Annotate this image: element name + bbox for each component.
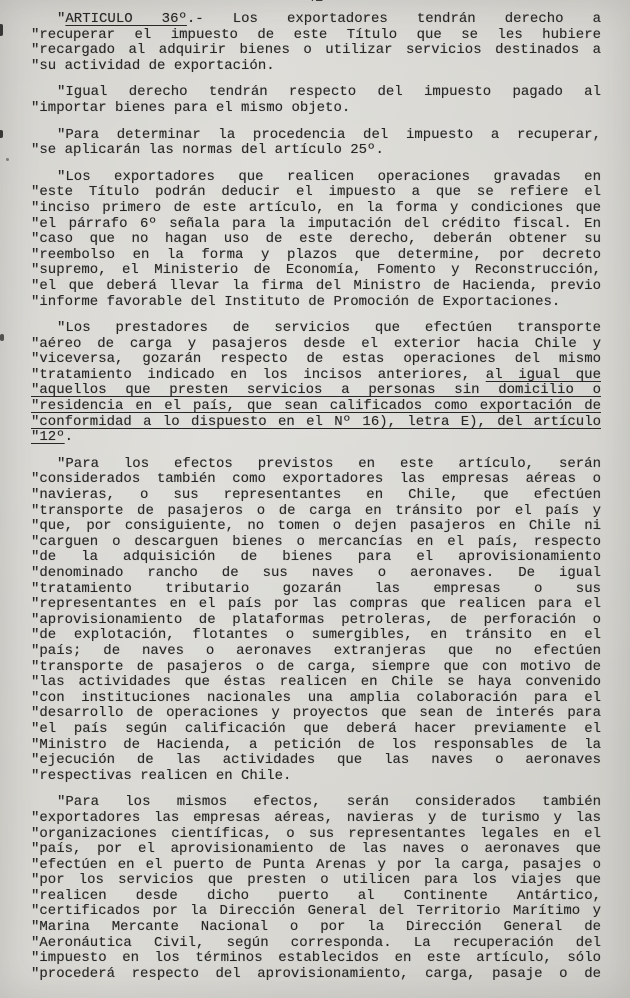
text-line: "viceversa, gozarán respecto de estas op… <box>31 352 601 368</box>
text-line: "Los exportadores que realicen operacion… <box>31 170 601 186</box>
text-segment: "Para determinar la procedencia del impu… <box>57 128 601 143</box>
text-segment: "que, por consiguiente, no tomen o dejen… <box>31 519 601 534</box>
text-segment: "su actividad de exportación. <box>31 59 275 74</box>
text-segment: "recargado al adquirir bienes o utilizar… <box>31 43 601 58</box>
text-segment: "viceversa, gozarán respecto de estas op… <box>31 352 601 367</box>
scanned-page: 42 "ARTICULO 36º.- Los exportadores tend… <box>0 0 630 998</box>
text-segment: "tratamiento tributario gozarán las empr… <box>31 582 601 597</box>
text-line: "exportadores las empresas aéreas, navie… <box>31 811 601 827</box>
text-segment: "tratamiento indicado en los incisos ant… <box>31 368 486 383</box>
text-segment: "importar bienes para el mismo objeto. <box>31 101 350 116</box>
page-number: 42 <box>0 0 630 6</box>
text-line: "el país según calificación que deberá h… <box>31 722 601 738</box>
text-segment: "país; de naves o aeronaves extranjeras … <box>31 644 601 659</box>
text-line: "impuesto en los términos establecidos e… <box>31 951 601 967</box>
text-line: "las actividades que éstas realicen en C… <box>31 675 601 691</box>
text-line: "aéreo de carga y pasajeros desde el ext… <box>31 337 601 353</box>
text-line: "informe favorable del Instituto de Prom… <box>31 295 601 311</box>
text-segment: "Marina Mercante Nacional o por la Direc… <box>31 920 601 935</box>
text-segment: "por los servicios que presten o utilice… <box>31 873 601 888</box>
text-line: "país; de naves o aeronaves extranjeras … <box>31 644 601 660</box>
text-segment: . <box>65 430 73 445</box>
text-line: "supremo, el Ministerio de Economía, Fom… <box>31 263 601 279</box>
text-line: "por los servicios que presten o utilice… <box>31 873 601 889</box>
text-line: "que, por consiguiente, no tomen o dejen… <box>31 519 601 535</box>
text-segment: "Los prestadores de servicios que efectú… <box>57 321 601 336</box>
text-segment: "transporte de pasajeros o de carga en t… <box>31 504 601 519</box>
text-line: "recargado al adquirir bienes o utilizar… <box>31 43 601 59</box>
text-line: "carguen o descarguen bienes o mercancía… <box>31 535 601 551</box>
underlined-text: "12º <box>31 430 65 445</box>
text-line: "recuperar el impuesto de este Título qu… <box>31 28 601 44</box>
text-segment: "Igual derecho tendrán respecto del impu… <box>57 85 601 100</box>
text-segment: "con instituciones nacionales una amplia… <box>31 691 601 706</box>
text-segment: "ejecución de las actividades que las na… <box>31 753 601 768</box>
underlined-text: "residencia en el país, que sean calific… <box>31 399 601 414</box>
text-segment: "supremo, el Ministerio de Economía, Fom… <box>31 263 601 278</box>
text-line: "Para los efectos previstos en este artí… <box>31 457 601 473</box>
document-body: "ARTICULO 36º.- Los exportadores tendrán… <box>0 0 630 982</box>
text-segment: "inciso primero de este artículo, en la … <box>31 201 601 216</box>
text-segment: "Los exportadores que realicen operacion… <box>57 170 601 185</box>
text-line: "de la adquisición de bienes para el apr… <box>31 550 601 566</box>
text-line: "realicen desde dicho puerto al Continen… <box>31 889 601 905</box>
text-segment: "recuperar el impuesto de este Título qu… <box>31 28 601 43</box>
text-line: "transporte de pasajeros o de carga, sie… <box>31 660 601 676</box>
text-line: "certificados por la Dirección General d… <box>31 904 601 920</box>
text-line: "aprovisionamiento de plataformas petrol… <box>31 613 601 629</box>
text-segment: "reembolso en la forma y plazos que dete… <box>31 248 601 263</box>
text-line: "se aplicarán las normas del artículo 25… <box>31 143 601 159</box>
underlined-text: ARTICULO 36º <box>65 12 186 27</box>
text-line: "conformidad a lo dispuesto en el Nº 16)… <box>31 415 601 431</box>
text-line: "12º. <box>31 430 601 446</box>
text-line: "el párrafo 6º señala para la imputación… <box>31 217 601 233</box>
text-line: "tratamiento indicado en los incisos ant… <box>31 368 601 384</box>
text-segment: "considerados también como exportadores … <box>31 472 601 487</box>
text-line: "Para los mismos efectos, serán consider… <box>31 795 601 811</box>
text-segment: "aéreo de carga y pasajeros desde el ext… <box>31 337 601 352</box>
text-line: "organizaciones científicas, o sus repre… <box>31 827 601 843</box>
text-segment: "el país según calificación que deberá h… <box>31 722 601 737</box>
text-line: "navieras, o sus representantes en Chile… <box>31 488 601 504</box>
text-line: "de explotación, flotantes o sumergibles… <box>31 628 601 644</box>
text-segment: "este Título podrán deducir el impuesto … <box>31 185 601 200</box>
scan-artifact <box>0 24 3 36</box>
text-line: "desarrollo de operaciones y proyectos q… <box>31 706 601 722</box>
text-segment: "el párrafo 6º señala para la imputación… <box>31 217 601 232</box>
text-segment: "Para los mismos efectos, serán consider… <box>57 795 601 810</box>
text-segment: "Para los efectos previstos en este artí… <box>57 457 601 472</box>
paragraph: "Los exportadores que realicen operacion… <box>31 170 601 310</box>
text-line: "aquellos que presten servicios a person… <box>31 383 601 399</box>
text-segment: "de explotación, flotantes o sumergibles… <box>31 628 601 643</box>
text-line: "ejecución de las actividades que las na… <box>31 753 601 769</box>
underlined-text: "conformidad a lo dispuesto en el Nº 16)… <box>31 415 601 430</box>
text-segment: "el que deberá llevar la firma del Minis… <box>31 279 601 294</box>
scan-artifact <box>0 130 3 138</box>
text-segment: "navieras, o sus representantes en Chile… <box>31 488 601 503</box>
text-segment: "caso que no hagan uso de este derecho, … <box>31 232 601 247</box>
text-line: "con instituciones nacionales una amplia… <box>31 691 601 707</box>
text-line: "efectúen en el puerto de Punta Arenas y… <box>31 858 601 874</box>
text-segment: "respectivas realicen en Chile. <box>31 769 291 784</box>
text-segment: "se aplicarán las normas del artículo 25… <box>31 143 384 158</box>
text-segment: "Ministro de Hacienda, a petición de los… <box>31 738 601 753</box>
text-line: "Aeronáutica Civil, según corresponda. L… <box>31 936 601 952</box>
paragraph: "Igual derecho tendrán respecto del impu… <box>31 85 601 116</box>
text-line: "inciso primero de este artículo, en la … <box>31 201 601 217</box>
text-segment: "representantes en el país por las compr… <box>31 597 601 612</box>
text-line: "denominado rancho de sus naves o aerona… <box>31 566 601 582</box>
text-line: "representantes en el país por las compr… <box>31 597 601 613</box>
text-line: "país, por el aprovisionamiento de las n… <box>31 842 601 858</box>
text-segment: "Aeronáutica Civil, según corresponda. L… <box>31 936 601 951</box>
text-segment: "organizaciones científicas, o sus repre… <box>31 827 601 842</box>
text-segment: "procederá respecto del aprovisionamient… <box>31 967 601 982</box>
text-segment: "certificados por la Dirección General d… <box>31 904 601 919</box>
text-line: "considerados también como exportadores … <box>31 472 601 488</box>
text-segment: "aprovisionamiento de plataformas petrol… <box>31 613 601 628</box>
text-segment: "realicen desde dicho puerto al Continen… <box>31 889 601 904</box>
underlined-text: "aquellos que presten servicios a person… <box>31 383 601 398</box>
text-segment: "desarrollo de operaciones y proyectos q… <box>31 706 601 721</box>
text-line: "caso que no hagan uso de este derecho, … <box>31 232 601 248</box>
underlined-text: al igual que <box>486 368 601 383</box>
text-segment: "informe favorable del Instituto de Prom… <box>31 295 560 310</box>
paragraph: "ARTICULO 36º.- Los exportadores tendrán… <box>31 12 601 74</box>
text-line: "Los prestadores de servicios que efectú… <box>31 321 601 337</box>
paragraph: "Los prestadores de servicios que efectú… <box>31 321 601 446</box>
text-line: "este Título podrán deducir el impuesto … <box>31 185 601 201</box>
text-line: "reembolso en la forma y plazos que dete… <box>31 248 601 264</box>
text-line: "importar bienes para el mismo objeto. <box>31 101 601 117</box>
text-line: "residencia en el país, que sean calific… <box>31 399 601 415</box>
text-segment: "país, por el aprovisionamiento de las n… <box>31 842 601 857</box>
text-segment: .- Los exportadores tendrán derecho a <box>187 12 601 27</box>
text-segment: "transporte de pasajeros o de carga, sie… <box>31 660 601 675</box>
text-line: "el que deberá llevar la firma del Minis… <box>31 279 601 295</box>
text-line: "Para determinar la procedencia del impu… <box>31 128 601 144</box>
paragraph: "Para los mismos efectos, serán consider… <box>31 795 601 982</box>
text-segment: "las actividades que éstas realicen en C… <box>31 675 601 690</box>
text-segment: "efectúen en el puerto de Punta Arenas y… <box>31 858 601 873</box>
text-segment: "de la adquisición de bienes para el apr… <box>31 550 601 565</box>
text-segment: "impuesto en los términos establecidos e… <box>31 951 601 966</box>
paragraph: "Para los efectos previstos en este artí… <box>31 457 601 784</box>
text-line: "Ministro de Hacienda, a petición de los… <box>31 738 601 754</box>
text-line: "ARTICULO 36º.- Los exportadores tendrán… <box>31 12 601 28</box>
text-line: "procederá respecto del aprovisionamient… <box>31 967 601 983</box>
scan-artifact <box>6 158 9 161</box>
text-segment: "carguen o descarguen bienes o mercancía… <box>31 535 601 550</box>
text-line: "Marina Mercante Nacional o por la Direc… <box>31 920 601 936</box>
text-segment: "denominado rancho de sus naves o aerona… <box>31 566 601 581</box>
paragraph: "Para determinar la procedencia del impu… <box>31 128 601 159</box>
scan-artifact <box>0 334 4 341</box>
text-line: "su actividad de exportación. <box>31 59 601 75</box>
text-line: "respectivas realicen en Chile. <box>31 769 601 785</box>
text-line: "Igual derecho tendrán respecto del impu… <box>31 85 601 101</box>
text-segment: "exportadores las empresas aéreas, navie… <box>31 811 601 826</box>
text-line: "tratamiento tributario gozarán las empr… <box>31 582 601 598</box>
text-line: "transporte de pasajeros o de carga en t… <box>31 504 601 520</box>
